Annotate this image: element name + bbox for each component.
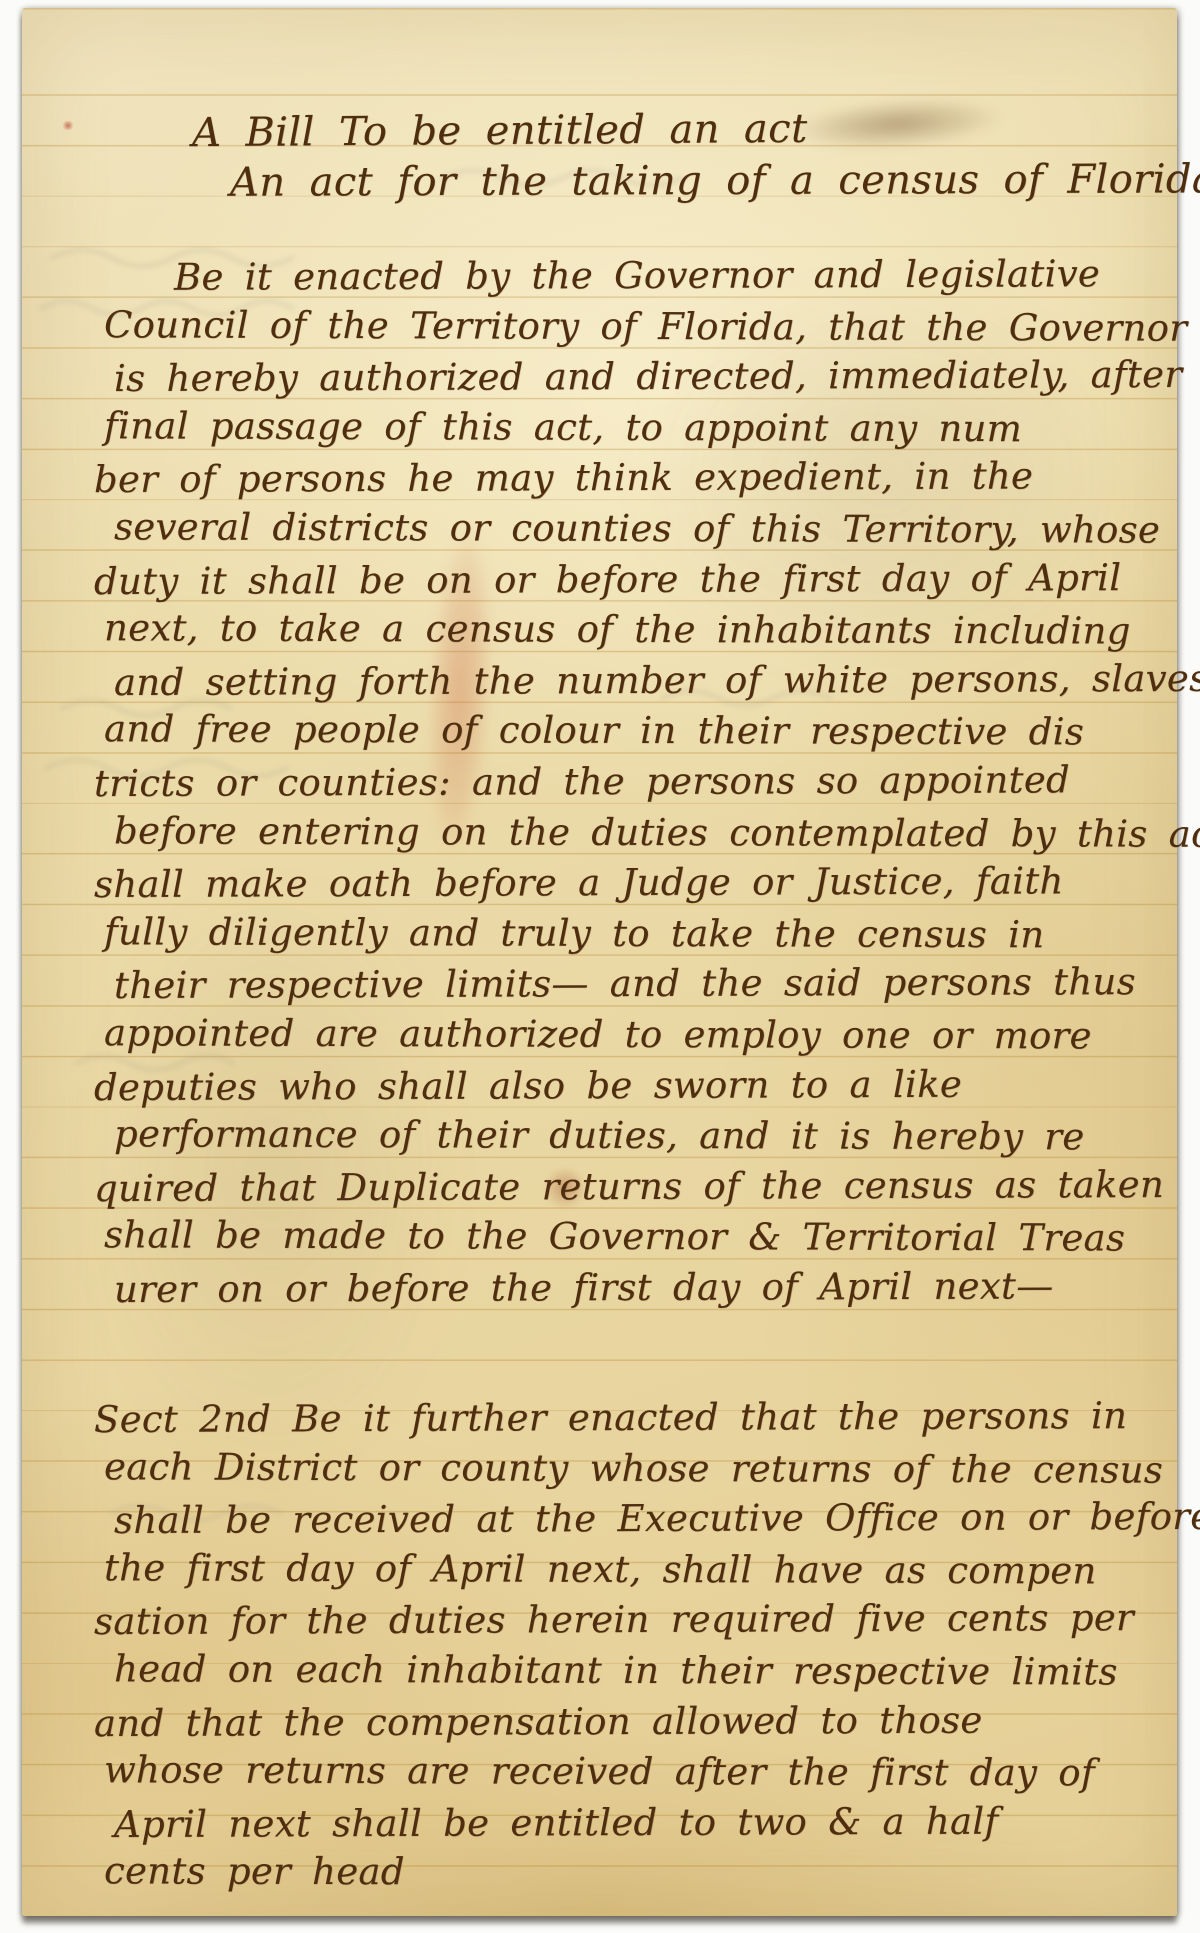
manuscript-line: next, to take a census of the inhabitant… xyxy=(104,603,1179,657)
manuscript-line: tricts or counties: and the persons so a… xyxy=(94,755,1179,810)
manuscript-line: quired that Duplicate returns of the cen… xyxy=(94,1160,1179,1215)
manuscript-line: their respective limits— and the said pe… xyxy=(114,957,1179,1012)
manuscript-line: whose returns are received after the fir… xyxy=(104,1745,1179,1799)
section-2-text: Sect 2nd Be it further enacted that the … xyxy=(94,1393,1179,1899)
manuscript-line: final passage of this act, to appoint an… xyxy=(104,401,1179,455)
manuscript-line: several districts or counties of this Te… xyxy=(114,502,1179,556)
section-1-text: Be it enacted by the Governor and legisl… xyxy=(94,251,1179,1313)
manuscript-line: and that the compensation allowed to tho… xyxy=(94,1694,1179,1749)
manuscript-line: is hereby authorized and directed, immed… xyxy=(114,350,1179,405)
manuscript-line: performance of their duties, and it is h… xyxy=(114,1109,1179,1163)
manuscript-line: deputies who shall also be sworn to a li… xyxy=(94,1058,1179,1113)
manuscript-line: Sect 2nd Be it further enacted that the … xyxy=(94,1391,1179,1446)
manuscript-line: appointed are authorized to employ one o… xyxy=(104,1008,1179,1062)
manuscript-line: urer on or before the first day of April… xyxy=(114,1261,1179,1316)
manuscript-line: sation for the duties herein required fi… xyxy=(94,1593,1179,1648)
manuscript-line: the first day of April next, shall have … xyxy=(104,1543,1179,1597)
manuscript-line: shall be made to the Governor & Territor… xyxy=(104,1211,1179,1265)
manuscript-line: shall make oath before a Judge or Justic… xyxy=(94,856,1179,911)
manuscript-line: cents per head xyxy=(104,1847,1179,1901)
manuscript-line: Council of the Territory of Florida, tha… xyxy=(104,300,1179,354)
manuscript-line: and setting forth the number of white pe… xyxy=(114,654,1179,709)
manuscript-line: fully diligently and truly to take the c… xyxy=(104,907,1179,961)
manuscript-line: head on each inhabitant in their respect… xyxy=(114,1644,1179,1698)
manuscript-line: before entering on the duties contemplat… xyxy=(114,806,1179,860)
manuscript-line: and free people of colour in their respe… xyxy=(104,705,1179,759)
scanned-document: A Bill To be entitled an act An act for … xyxy=(0,0,1200,1933)
manuscript-line: duty it shall be on or before the first … xyxy=(94,552,1179,607)
manuscript-line: Be it enacted by the Governor and legisl… xyxy=(94,249,1179,304)
manuscript-page: A Bill To be entitled an act An act for … xyxy=(22,8,1177,1916)
manuscript-line: ber of persons he may think expedient, i… xyxy=(94,451,1179,506)
manuscript-line: shall be received at the Executive Offic… xyxy=(114,1492,1179,1547)
document-subtitle: An act for the taking of a census of Flo… xyxy=(230,156,1200,205)
manuscript-line: April next shall be entitled to two & a … xyxy=(114,1796,1179,1851)
document-title: A Bill To be entitled an act xyxy=(192,106,808,156)
manuscript-line: each District or county whose returns of… xyxy=(104,1442,1179,1496)
